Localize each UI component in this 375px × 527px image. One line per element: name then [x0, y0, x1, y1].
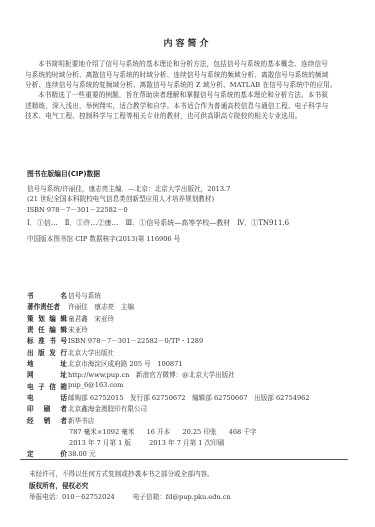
- row-label: 印刷者: [27, 403, 67, 413]
- email-value: pup_6@163.com: [67, 381, 123, 391]
- cip-classification: Ⅰ．①信… Ⅱ．①许…②康… Ⅲ．①信号系统—高等学校—教材 Ⅳ．①TN911.…: [27, 218, 289, 228]
- colophon-editions: 2013 年 7 月第 1 版 2013 年 7 月第 1 次印刷: [69, 437, 224, 447]
- colophon-specs: 787 毫米×1092 毫米 16 开本 20.25 印张 468 千字: [69, 426, 257, 436]
- colophon-row-email: 电子信箱 pup_6@163.com: [27, 381, 123, 391]
- colophon-row-title: 书名 信号与系统: [27, 290, 101, 300]
- abstract-line: 述精练，深入浅出，举例翔实，适合教学和自学。本书适合作为普通高校信息与通信工程、…: [25, 100, 328, 110]
- colophon-row-phone: 电话 邮购部 62752015 发行部 62750672 编辑部 6275066…: [27, 392, 310, 402]
- address-value: 北京市海淀区成府路 205 号 100871: [67, 358, 182, 368]
- price-value: 38.00 元: [67, 448, 96, 458]
- colophon-row-address: 地址 北京市海淀区成府路 205 号 100871: [27, 358, 182, 368]
- copyright-notice: 未经许可，不得以任何方式复制或抄袭本书之部分或全部内容。: [29, 468, 214, 478]
- report-label: 举报电话：: [29, 493, 62, 501]
- colophon-row-planning-editor: 策划编辑 童君鑫 宋亚玲: [27, 313, 114, 323]
- abstract-line: 与系统的时域分析、离散信号与系统的时域分析、连续信号与系统的频域分析、离散信号与…: [25, 69, 328, 79]
- row-label: 书名: [27, 290, 67, 300]
- edition-value: 2013 年 7 月第 1 版: [69, 439, 131, 447]
- words-value: 468 千字: [229, 428, 257, 436]
- row-label: 著作责任者: [27, 301, 67, 311]
- abstract-line: 技术、电气工程、控制科学与工程等相关专业的教材，也可供高职高专院校的相关专业选用…: [25, 110, 302, 120]
- cip-heading: 图书在版编目(CIP)数据: [27, 168, 100, 178]
- kai-value: 16 开本: [147, 428, 171, 436]
- book-title-value: 信号与系统: [67, 290, 101, 300]
- cip-line: 信号与系统/许丽佳，康志亮主编．—北京：北京大学出版社，2013.7: [27, 183, 230, 193]
- row-label: 地址: [27, 358, 67, 368]
- author-value: 许丽佳 康志亮 主编: [67, 301, 134, 311]
- sheets-value: 20.25 印张: [182, 428, 216, 436]
- colophon-row-responsible-editor: 责任编辑 宋亚玲: [27, 324, 88, 334]
- colophon-row-isbn: 标准书号 ISBN 978－7－301－22582－0/TP・1289: [27, 335, 203, 345]
- printing-value: 2013 年 7 月第 1 次印刷: [149, 439, 224, 447]
- abstract-line: 分析、连续信号与系统的复频域分析、离散信号与系统的 Z 域分析、MATLAB 在…: [25, 79, 337, 89]
- publisher-value: 北京大学出版社: [67, 347, 114, 357]
- colophon-row-author: 著作责任者 许丽佳 康志亮 主编: [27, 301, 134, 311]
- abstract-line: 本书简明扼要地介绍了信号与系统的基本理论和分析方法，包括信号与系统的基本概念、连…: [38, 58, 328, 68]
- cip-line: 中国版本图书馆 CIP 数据核字(2013)第 116906 号: [27, 233, 180, 243]
- row-label: 电子信箱: [27, 381, 67, 391]
- row-label: 策划编辑: [27, 313, 67, 323]
- colophon-row-distributor: 经销者 新华书店: [27, 415, 94, 425]
- report-contact: 举报电话：010－62752024 电子信箱：fd@pup.pku.edu.cn: [29, 491, 231, 501]
- row-label: 经销者: [27, 415, 67, 425]
- report-phone: 010－62752024: [62, 493, 115, 501]
- row-label: 网址: [27, 369, 67, 379]
- email-label: 电子信箱：: [133, 493, 166, 501]
- abstract-line: 本书精选了一些重要的例题，旨在帮助读者理解和掌握信号与系统的基本理论和分析方法。…: [38, 89, 328, 99]
- printer-value: 北京鑫海金澳胶印有限公司: [67, 403, 147, 413]
- row-label: 电话: [27, 392, 67, 402]
- colophon-row-website: 网址 http://www.pup.cn 新浪官方微博：@北京大学出版社: [27, 369, 235, 379]
- responsible-editor-value: 宋亚玲: [67, 324, 88, 334]
- row-label: 标准书号: [27, 335, 67, 345]
- phone-value: 邮购部 62752015 发行部 62750672 编辑部 62750667 出…: [67, 392, 310, 402]
- colophon-row-price: 定价 38.00 元: [27, 448, 96, 458]
- colophon-row-publisher: 出版发行 北京大学出版社: [27, 347, 114, 357]
- divider: [20, 459, 348, 460]
- format-value: 787 毫米×1092 毫米: [69, 428, 134, 436]
- row-label: 定价: [27, 448, 67, 458]
- colophon-row-printer: 印刷者 北京鑫海金澳胶印有限公司: [27, 403, 147, 413]
- row-label: 出版发行: [27, 347, 67, 357]
- distributor-value: 新华书店: [67, 415, 94, 425]
- rights-reserved: 版权所有，侵权必究: [29, 480, 88, 490]
- cip-line: (21 世纪全国本科院校电气信息类创新型应用人才培养规划教材): [27, 193, 214, 203]
- row-label: 责任编辑: [27, 324, 67, 334]
- report-email: fd@pup.pku.edu.cn: [166, 493, 231, 501]
- website-value: http://www.pup.cn 新浪官方微博：@北京大学出版社: [67, 369, 235, 379]
- abstract-title: 内容简介: [0, 36, 375, 49]
- cip-line: ISBN 978－7－301－22582－0: [27, 204, 128, 214]
- isbn-value: ISBN 978－7－301－22582－0/TP・1289: [67, 335, 203, 345]
- planning-editor-value: 童君鑫 宋亚玲: [67, 313, 114, 323]
